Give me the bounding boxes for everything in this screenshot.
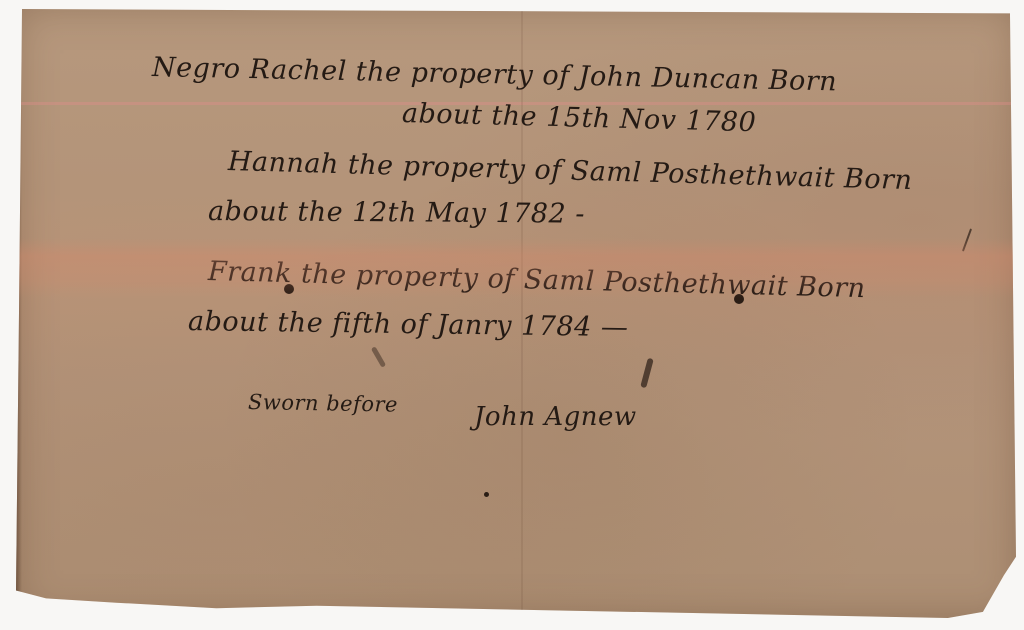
- ink-stroke: [962, 228, 972, 251]
- record-line-1: Negro Rachel the property of John Duncan…: [152, 52, 838, 97]
- paper-left-edge: [16, 6, 22, 618]
- record-line-5: Frank the property of Saml Posthethwait …: [208, 256, 866, 304]
- ink-stroke: [371, 346, 386, 368]
- ink-blot: [484, 492, 489, 497]
- document-scan: Negro Rachel the property of John Duncan…: [0, 0, 1024, 630]
- record-line-3: Hannah the property of Saml Posthethwait…: [228, 146, 913, 196]
- ink-stroke: [640, 358, 654, 389]
- paper-sheet: Negro Rachel the property of John Duncan…: [16, 6, 1018, 618]
- ink-blot: [734, 294, 744, 304]
- sworn-before-label: Sworn before: [248, 390, 398, 417]
- signature: John Agnew: [474, 402, 637, 432]
- record-line-2: about the 15th Nov 1780: [402, 98, 757, 138]
- record-line-6: about the fifth of Janry 1784 —: [188, 306, 629, 343]
- record-line-4: about the 12th May 1782 -: [208, 196, 585, 230]
- ink-blot: [284, 284, 294, 294]
